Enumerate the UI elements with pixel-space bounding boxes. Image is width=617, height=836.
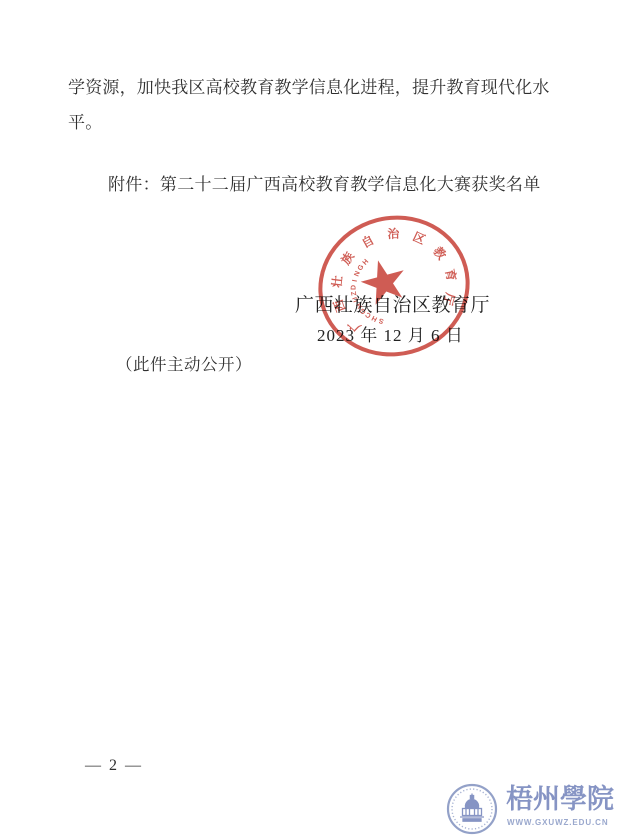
seal-ring-text: 广西壮族自治区教育厅: [302, 199, 449, 238]
attachment-line: 附件：第二十二届广西高校教育教学信息化大赛获奖名单: [108, 170, 541, 195]
page-number: — 2 —: [85, 757, 143, 775]
body-paragraph-line: 学资源，加快我区高校教育教学信息化进程，提升教育现代化水: [68, 77, 560, 99]
watermark-name: 梧州學院: [506, 785, 614, 813]
seal-ring: [302, 199, 485, 374]
seal-inner-letters: SHCGHUZDINGH: [302, 199, 449, 238]
university-logo-icon: [446, 783, 498, 835]
disclosure-note: （此件主动公开）: [116, 351, 252, 375]
signature-date: 2023 年 12 月 6 日: [317, 321, 464, 346]
watermark-url: WWW.GXUWZ.EDU.CN: [507, 818, 609, 827]
watermark: 梧州學院 WWW.GXUWZ.EDU.CN: [446, 782, 616, 834]
body-paragraph-line: 平。: [68, 112, 560, 134]
official-seal: ★ 广西壮族自治区教育厅 SHCGHUZDINGH: [302, 199, 485, 374]
signature-org: 广西壮族自治区教育厅: [295, 290, 490, 317]
document-page: 学资源，加快我区高校教育教学信息化进程，提升教育现代化水 平。 附件：第二十二届…: [0, 0, 617, 836]
